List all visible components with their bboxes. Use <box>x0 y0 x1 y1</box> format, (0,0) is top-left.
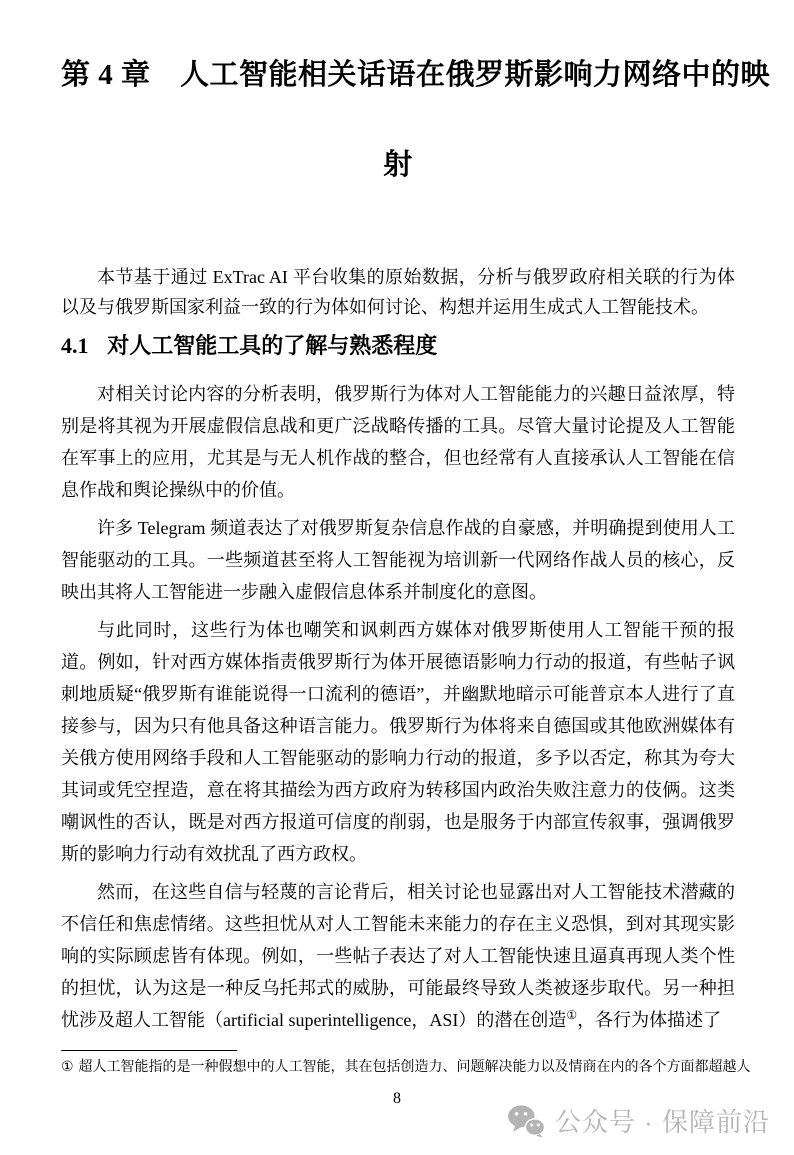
paragraph-4-text-end: ，各行为体描述了 <box>577 1010 721 1030</box>
paragraph-2: 许多 Telegram 频道表达了对俄罗斯复杂信息作战的自豪感，并明确提到使用人… <box>61 512 735 608</box>
watermark: 公众号 · 保障前沿 <box>507 1102 770 1139</box>
chapter-title-line2: 射 <box>61 120 735 210</box>
wechat-icon <box>507 1104 545 1138</box>
paragraph-4-text: 然而，在这些自信与轻蔑的言论背后，相关讨论也显露出对人工智能技术潜藏的不信任和焦… <box>61 882 735 1030</box>
footnote-reference-mark: ① <box>566 1008 577 1022</box>
footnote-marker: ① <box>61 1060 74 1075</box>
paragraph-4: 然而，在这些自信与轻蔑的言论背后，相关讨论也显露出对人工智能技术潜藏的不信任和焦… <box>61 876 735 1036</box>
section-title: 对人工智能工具的了解与熟悉程度 <box>107 333 437 358</box>
page-content: 第 4 章 人工智能相关话语在俄罗斯影响力网络中的映 射 本节基于通过 ExTr… <box>0 30 794 1078</box>
paragraph-3: 与此同时，这些行为体也嘲笑和讽刺西方媒体对俄罗斯使用人工智能干预的报道。例如，针… <box>61 614 735 870</box>
footnote: ①超人工智能指的是一种假想中的人工智能，其在包括创造力、问题解决能力以及情商在内… <box>61 1058 735 1078</box>
footnote-text: 超人工智能指的是一种假想中的人工智能，其在包括创造力、问题解决能力以及情商在内的… <box>78 1060 750 1075</box>
intro-paragraph: 本节基于通过 ExTrac AI 平台收集的原始数据，分析与俄罗政府相关联的行为… <box>61 262 735 322</box>
watermark-label: 公众号 · 保障前沿 <box>555 1102 770 1139</box>
document-page: 第 4 章 人工智能相关话语在俄罗斯影响力网络中的映 射 本节基于通过 ExTr… <box>0 0 794 1155</box>
chapter-title-line1: 第 4 章 人工智能相关话语在俄罗斯影响力网络中的映 <box>61 30 735 120</box>
chapter-title: 第 4 章 人工智能相关话语在俄罗斯影响力网络中的映 射 <box>61 30 735 210</box>
footnote-divider <box>61 1050 237 1051</box>
paragraph-1: 对相关讨论内容的分析表明，俄罗斯行为体对人工智能能力的兴趣日益浓厚，特别是将其视… <box>61 378 735 506</box>
section-number: 4.1 <box>61 333 89 358</box>
section-heading: 4.1对人工智能工具的了解与熟悉程度 <box>61 330 735 362</box>
